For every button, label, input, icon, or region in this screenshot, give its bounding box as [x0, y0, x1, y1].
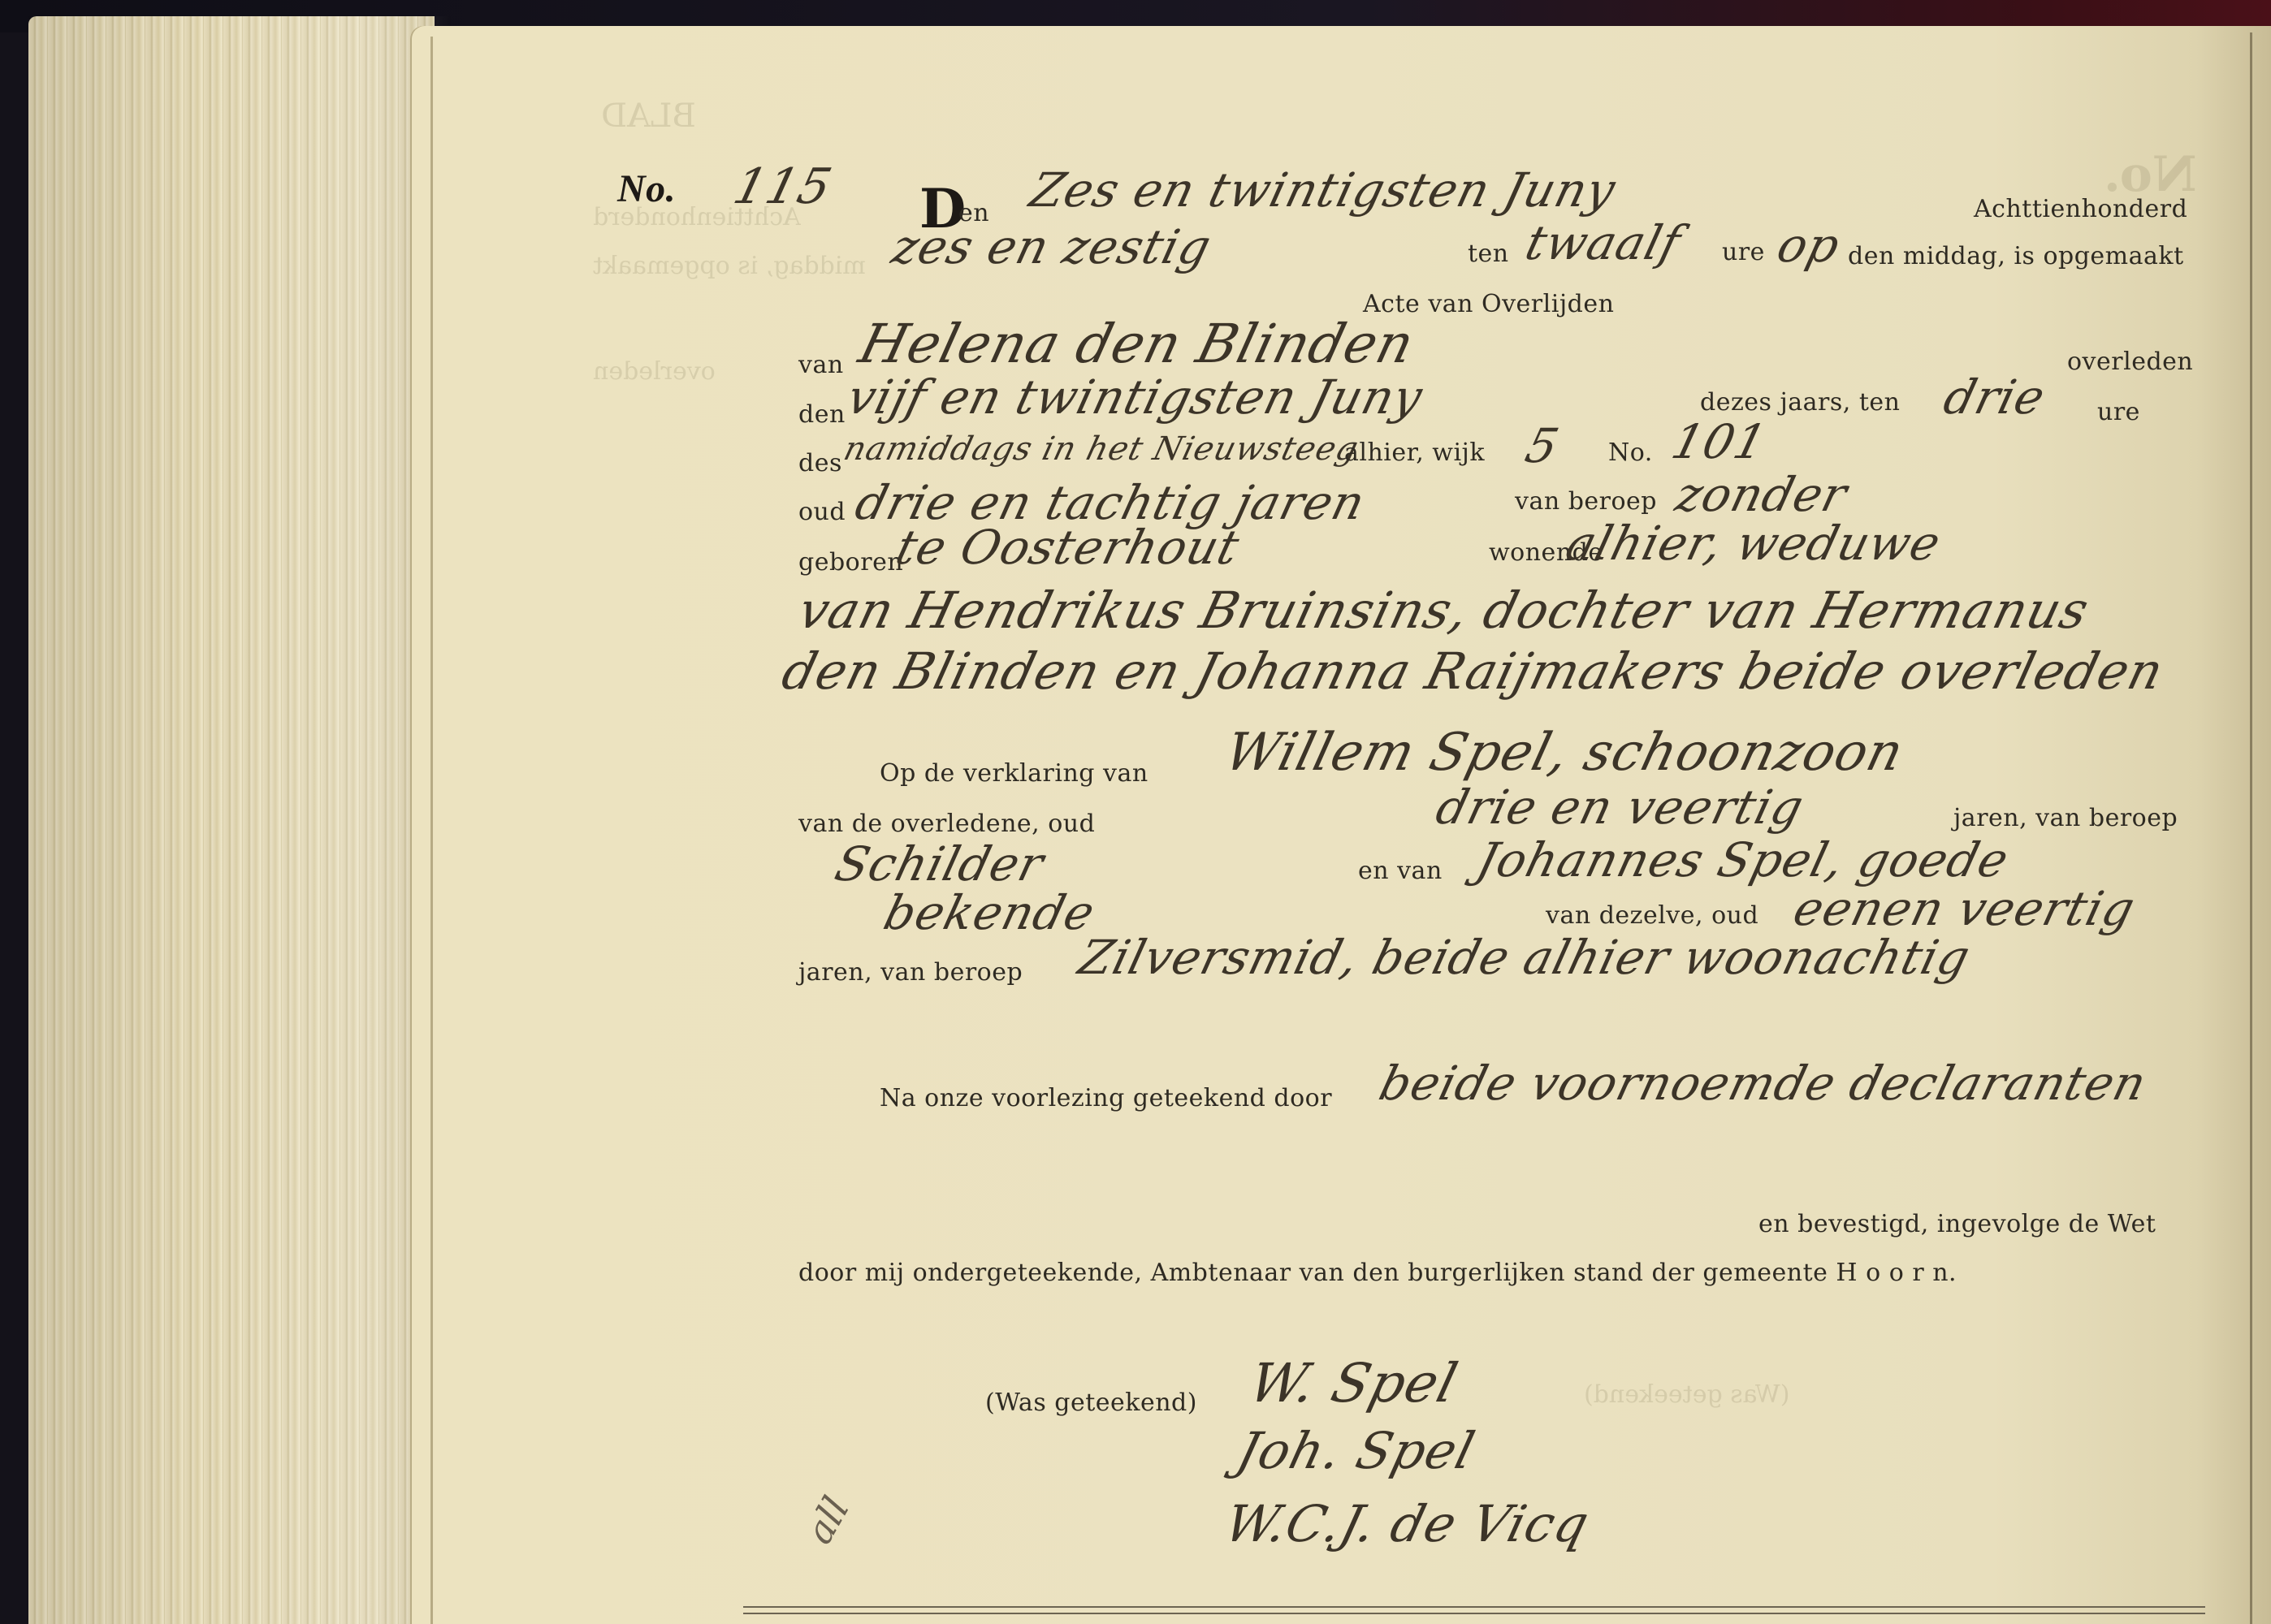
declarant-1-age-words: drie en veertig — [1431, 780, 1810, 835]
record-year-words: zes en zestig — [887, 219, 1218, 274]
declarant-2-words: Johannes Spel, goede — [1472, 832, 2015, 888]
bleed-through-overleden: overleden — [593, 357, 716, 386]
bottom-rule-top — [743, 1606, 2205, 1608]
van-dezelve-label: van dezelve, oud — [1546, 901, 1758, 930]
record-no-value: 115 — [728, 158, 837, 215]
house-no-value: 101 — [1667, 414, 1773, 469]
dezes-jaars-label: dezes jaars, ten — [1700, 388, 1900, 417]
jaren-van-beroep-label-1: jaren, van beroep — [1953, 804, 2178, 832]
declarant-2-age-words: eenen veertig — [1789, 881, 2141, 936]
bevestigd-label: en bevestigd, ingevolge de Wet — [1758, 1210, 2156, 1238]
signed-by-words: beide voornoemde declaranten — [1374, 1056, 2152, 1111]
signature-2: Joh. Spel — [1231, 1421, 1481, 1480]
achttienhonderd-label: Achttienhonderd — [1974, 195, 2187, 223]
declarant-1-occupation-words: Schilder — [830, 836, 1050, 892]
jaren-van-beroep-label-2: jaren, van beroep — [798, 958, 1023, 987]
relations-line-1: van Hendrikus Bruinsins, dochter van Her… — [793, 581, 2095, 640]
declarant-2-occupation-words: Zilversmid, beide alhier woonachtig — [1074, 930, 1976, 985]
bottom-rule-bottom — [743, 1613, 2205, 1614]
residence-words: alhier, weduwe — [1561, 516, 1947, 571]
declarant-1-words: Willem Spel, schoonzoon — [1219, 723, 1910, 783]
op-de-verklaring-label: Op de verklaring van — [880, 759, 1148, 788]
house-no-label: No. — [1608, 438, 1653, 467]
na-onze-voorlezing-label: Na onze voorlezing geteekend door — [880, 1084, 1332, 1112]
overleden-label: overleden — [2067, 348, 2193, 376]
death-hour-words: drie — [1939, 369, 2052, 425]
death-date-words: vijf en twintigsten Juny — [842, 369, 1429, 425]
time-place-words: namiddags in het Nieuwsteeg — [840, 430, 1362, 468]
page-right-edge — [2250, 32, 2252, 1624]
door-mij-label: door mij ondergeteekende, Ambtenaar van … — [798, 1259, 1957, 1287]
bleed-through-was-geteekend: (Was geteekend) — [1584, 1380, 1789, 1409]
death-ure-label: ure — [2097, 398, 2140, 426]
page-stack-edges — [28, 16, 435, 1624]
geboren-label: geboren — [798, 548, 903, 577]
deceased-name: Helena den Blinden — [853, 313, 1421, 375]
oud-label: oud — [798, 498, 846, 526]
signature-3: W.C.J. de Vicq — [1219, 1494, 1595, 1553]
ten-label: ten — [1468, 240, 1509, 268]
alhier-wijk-label: alhier, wijk — [1344, 438, 1485, 467]
occupation-words: zonder — [1671, 467, 1854, 522]
relations-line-2: den Blinden en Johanna Raijmakers beide … — [776, 641, 2169, 701]
ure-label: ure — [1722, 238, 1765, 266]
record-date-words: Zes en twintigsten Juny — [1025, 162, 1622, 218]
van-label: van — [798, 351, 844, 379]
declarant-2-relation-words: bekende — [879, 885, 1101, 940]
en-van-label: en van — [1358, 857, 1443, 885]
van-beroep-label: van beroep — [1515, 487, 1657, 516]
page-frame-line — [430, 37, 433, 1624]
record-hour-words: twaalf — [1520, 215, 1687, 270]
middag-label: den middag, is opgemaakt — [1848, 242, 2184, 270]
bleed-through-middag: middag, is opgemaakt — [593, 252, 866, 280]
was-geteekend-label: (Was geteekend) — [985, 1389, 1197, 1417]
van-de-overledene-label: van de overledene, oud — [798, 810, 1095, 838]
birthplace-words: te Oosterhout — [891, 520, 1246, 575]
des-label: des — [798, 449, 842, 477]
record-no-label: No. — [617, 166, 676, 211]
bleed-through-blad: BLAD — [601, 97, 696, 135]
den-date-label: den — [798, 400, 846, 429]
signature-1: W. Spel — [1243, 1352, 1464, 1415]
